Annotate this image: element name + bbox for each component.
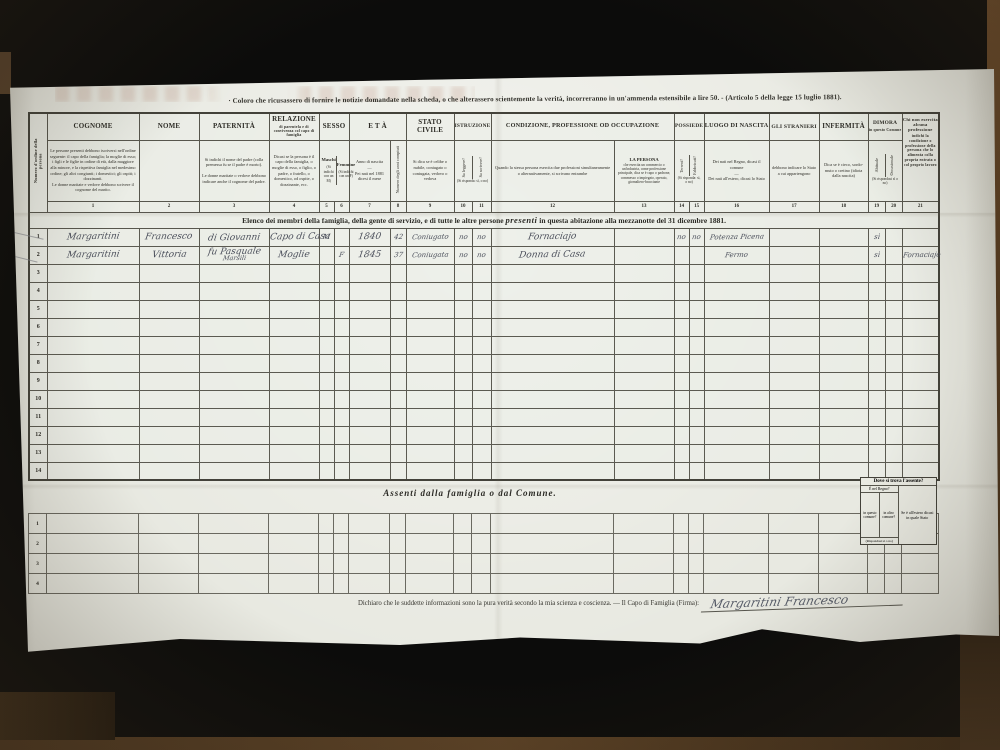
cell-paternita — [199, 408, 269, 426]
cell-terreni — [674, 372, 689, 390]
cell-sesso-f — [334, 300, 349, 318]
cell-dimora-abituale — [868, 318, 885, 336]
cell-sa-leggere — [454, 264, 472, 282]
cell-infermita — [819, 246, 868, 264]
cell-stato-civile — [406, 300, 454, 318]
cell-infermita — [819, 390, 868, 408]
cell-professione — [491, 426, 614, 444]
cell-relazione — [269, 408, 319, 426]
cell-stranieri — [769, 390, 819, 408]
desc-infermita: Dica se è cieco, sordo-muto o cretino (i… — [819, 140, 868, 201]
cell-stato-civile: Coniugata — [406, 246, 454, 264]
desc-condizione-12: Quando la stessa persona esercita due pr… — [491, 140, 614, 201]
cell-anni-compiuti — [390, 264, 406, 282]
cell-anni-compiuti — [390, 282, 406, 300]
cell-relazione — [269, 264, 319, 282]
cell-anno-nascita — [349, 426, 390, 444]
cell-luogo-nascita — [704, 372, 769, 390]
cell-chi-alimenta — [902, 390, 939, 408]
cell-professione — [491, 462, 614, 480]
cell-sa-scrivere — [472, 372, 491, 390]
cell-dimora-abituale — [868, 354, 885, 372]
cell-paternita — [199, 390, 269, 408]
dove-altro-comune-label: in altro comune? — [879, 493, 898, 537]
cell-sa-scrivere — [472, 390, 491, 408]
cell-anni-compiuti — [390, 336, 406, 354]
cell-relazione — [269, 336, 319, 354]
cell-terreni — [674, 408, 689, 426]
cell-paternita — [199, 354, 269, 372]
cell-fabbricati — [689, 390, 704, 408]
cell-la-persona — [614, 282, 674, 300]
cell-luogo-nascita — [704, 462, 769, 480]
cell-luogo-nascita — [704, 282, 769, 300]
cell-luogo-nascita — [704, 408, 769, 426]
cell-numero: 10 — [29, 390, 47, 408]
col-header-chi-non-esercita: Chi non esercita alcuna professione indi… — [902, 113, 939, 201]
cell-dimora-abituale — [868, 408, 885, 426]
cell-la-persona — [614, 228, 674, 246]
col-header-infermita: INFERMITÀ — [819, 113, 868, 140]
declaration-text: Dichiaro che le suddette informazioni so… — [358, 600, 699, 607]
cell-sa-scrivere — [472, 408, 491, 426]
colnum-11: 11 — [472, 201, 491, 212]
desc-luogo-nascita: Dei nati nel Regno, dicasi il comune — D… — [704, 140, 769, 201]
colnum-2: 2 — [139, 201, 199, 212]
cell-sesso-m — [319, 282, 334, 300]
cell-sa-leggere — [454, 426, 472, 444]
cell-sesso-f — [334, 372, 349, 390]
cell-relazione — [269, 462, 319, 480]
dove-estero-label: Se è all'estero dicasi in quale Stato — [899, 486, 937, 544]
colnum-20: 20 — [885, 201, 902, 212]
cell-relazione — [269, 318, 319, 336]
cell-dimora-occasionale — [885, 228, 902, 246]
cell-infermita — [819, 300, 868, 318]
cell-nome — [139, 264, 199, 282]
desc-eta-anni: Numero degli anni compiuti — [390, 140, 406, 201]
cell-sesso-m — [319, 462, 334, 480]
cell-infermita — [819, 426, 868, 444]
cell-anno-nascita — [349, 264, 390, 282]
cell-anni-compiuti: 37 — [390, 246, 406, 264]
cell-sa-scrivere — [472, 336, 491, 354]
colnum-3: 3 — [199, 201, 269, 212]
cell-sesso-m — [319, 318, 334, 336]
cell-luogo-nascita — [704, 426, 769, 444]
list-subtitle: Elenco dei membri della famiglia, della … — [29, 212, 939, 228]
cell-la-persona — [614, 336, 674, 354]
colnum-9: 9 — [406, 201, 454, 212]
col-header-stranieri: GLI STRANIERI — [769, 113, 819, 140]
desc-possiede: Terreni? Fabbricati? (Si risponda: sì, o… — [674, 140, 704, 201]
cell-stranieri — [769, 282, 819, 300]
header-titles-row: Numero d'ordine della persona COGNOME NO… — [29, 113, 939, 140]
cell-stranieri — [769, 462, 819, 480]
desc-istruzione: Sa leggere? Sa scrivere? (Si risponda: s… — [454, 140, 491, 201]
cell-stato-civile — [406, 426, 454, 444]
assenti-cell-numero: 2 — [29, 534, 47, 554]
cell-dimora-abituale — [868, 336, 885, 354]
cell-sa-leggere — [454, 354, 472, 372]
cell-professione — [491, 300, 614, 318]
cell-anno-nascita: 1840 — [349, 228, 390, 246]
cell-sa-scrivere — [472, 264, 491, 282]
cell-dimora-occasionale — [885, 300, 902, 318]
cell-cognome — [47, 462, 139, 480]
cell-sesso-f — [334, 264, 349, 282]
col-header-sesso: SESSO — [319, 113, 349, 140]
cell-numero: 9 — [29, 372, 47, 390]
cell-numero: 5 — [29, 300, 47, 318]
cell-infermita — [819, 282, 868, 300]
assenti-row: 4 — [29, 574, 939, 594]
cell-cognome — [47, 300, 139, 318]
col-header-paternita: PATERNITÀ — [199, 113, 269, 140]
cell-numero: 12 — [29, 426, 47, 444]
wood-corner-bottom-left — [0, 692, 115, 740]
cell-professione — [491, 282, 614, 300]
cell-dimora-abituale — [868, 426, 885, 444]
cell-relazione — [269, 426, 319, 444]
cell-terreni — [674, 462, 689, 480]
cell-numero: 14 — [29, 462, 47, 480]
table-row: 9 — [29, 372, 939, 390]
cell-sa-leggere: no — [454, 228, 472, 246]
cell-anni-compiuti — [390, 318, 406, 336]
colnum-13: 13 — [614, 201, 674, 212]
col-header-istruzione: ISTRUZIONE — [454, 113, 491, 140]
cell-stato-civile — [406, 336, 454, 354]
dove-si-trova-box: Dove si trova l'assente? È nel Regno? in… — [860, 477, 937, 545]
cell-fabbricati — [689, 444, 704, 462]
cell-stranieri — [769, 246, 819, 264]
cell-terreni — [674, 318, 689, 336]
cell-dimora-occasionale — [885, 318, 902, 336]
assenti-row: 3 — [29, 554, 939, 574]
cell-anni-compiuti — [390, 372, 406, 390]
colnum-1: 1 — [47, 201, 139, 212]
table-row: 12 — [29, 426, 939, 444]
cell-anno-nascita — [349, 354, 390, 372]
colnum-17: 17 — [769, 201, 819, 212]
cell-terreni: no — [674, 228, 689, 246]
cell-chi-alimenta: Fornaciajo — [902, 246, 939, 264]
cell-dimora-abituale — [868, 444, 885, 462]
cell-luogo-nascita — [704, 444, 769, 462]
cell-terreni — [674, 282, 689, 300]
col-header-possiede: POSSIEDE — [674, 113, 704, 140]
cell-numero: 8 — [29, 354, 47, 372]
col-header-luogo-nascita: LUOGO DI NASCITA — [704, 113, 769, 140]
cell-chi-alimenta — [902, 264, 939, 282]
cell-terreni — [674, 336, 689, 354]
cell-stranieri — [769, 264, 819, 282]
cell-relazione: Moglie — [269, 246, 319, 264]
desc-cognome: Le persone presenti debbono iscriversi n… — [47, 140, 139, 201]
cell-numero: 7 — [29, 336, 47, 354]
cell-terreni — [674, 390, 689, 408]
wood-table-edge-bottom — [0, 737, 1000, 750]
cell-paternita — [199, 444, 269, 462]
cell-sa-leggere — [454, 390, 472, 408]
cell-sesso-f — [334, 462, 349, 480]
cell-cognome — [47, 354, 139, 372]
desc-relazione: Dicasi se la persona è il capo della fam… — [269, 140, 319, 201]
cell-chi-alimenta — [902, 372, 939, 390]
cell-stato-civile — [406, 462, 454, 480]
cell-anni-compiuti — [390, 426, 406, 444]
desc-dimora: Abituale Occasionale (Si rispondasi sì o… — [868, 140, 902, 201]
colnum-14: 14 — [674, 201, 689, 212]
header-numbers-row: 1 2 3 4 5 6 7 8 9 10 11 12 13 14 15 16 1… — [29, 201, 939, 212]
cell-la-persona — [614, 462, 674, 480]
cell-sa-leggere — [454, 300, 472, 318]
cell-numero: 13 — [29, 444, 47, 462]
cell-infermita — [819, 372, 868, 390]
cell-stranieri — [769, 300, 819, 318]
cell-nome — [139, 408, 199, 426]
cell-nome — [139, 354, 199, 372]
declaration-line: Dichiaro che le suddette informazioni so… — [358, 597, 958, 609]
cell-nome — [139, 282, 199, 300]
cell-paternita — [199, 300, 269, 318]
cell-cognome — [47, 408, 139, 426]
cell-fabbricati — [689, 354, 704, 372]
cell-stranieri — [769, 372, 819, 390]
cell-paternita — [199, 336, 269, 354]
cell-stato-civile — [406, 390, 454, 408]
cell-anno-nascita — [349, 336, 390, 354]
cell-cognome: Margaritini — [47, 228, 139, 246]
table-row: 5 — [29, 300, 939, 318]
cell-infermita — [819, 408, 868, 426]
dove-box-title: Dove si trova l'assente? — [861, 478, 936, 486]
cell-anni-compiuti — [390, 390, 406, 408]
cell-sesso-m — [319, 300, 334, 318]
cell-sa-scrivere — [472, 444, 491, 462]
cell-sa-leggere — [454, 462, 472, 480]
cell-paternita — [199, 282, 269, 300]
cell-nome — [139, 426, 199, 444]
table-row: 4 — [29, 282, 939, 300]
cell-paternita — [199, 462, 269, 480]
list-subtitle-row: Elenco dei membri della famiglia, della … — [29, 212, 939, 228]
cell-sesso-m — [319, 336, 334, 354]
cell-professione — [491, 318, 614, 336]
cell-sesso-m — [319, 264, 334, 282]
cell-dimora-occasionale — [885, 246, 902, 264]
cell-terreni — [674, 264, 689, 282]
table-row: 11 — [29, 408, 939, 426]
cell-luogo-nascita: Potenza Picena — [704, 228, 769, 246]
table-row: 1 Margaritini Francesco di Giovanni Capo… — [29, 228, 939, 246]
cell-nome — [139, 300, 199, 318]
cell-stato-civile — [406, 264, 454, 282]
cell-sesso-f — [334, 444, 349, 462]
cell-la-persona — [614, 372, 674, 390]
cell-la-persona — [614, 246, 674, 264]
cell-stranieri — [769, 228, 819, 246]
desc-nome — [139, 140, 199, 201]
cell-dimora-abituale — [868, 390, 885, 408]
assenti-cell-numero: 4 — [29, 574, 47, 594]
cell-terreni — [674, 426, 689, 444]
cell-sesso-f: F — [334, 246, 349, 264]
cell-dimora-abituale: sì — [868, 228, 885, 246]
cell-numero: 4 — [29, 282, 47, 300]
cell-stranieri — [769, 426, 819, 444]
cell-sesso-f — [334, 390, 349, 408]
cell-nome — [139, 318, 199, 336]
cell-nome — [139, 372, 199, 390]
cell-chi-alimenta — [902, 282, 939, 300]
cell-dimora-occasionale — [885, 264, 902, 282]
cell-stranieri — [769, 336, 819, 354]
cell-chi-alimenta — [902, 354, 939, 372]
cell-fabbricati — [689, 246, 704, 264]
cell-stranieri — [769, 408, 819, 426]
desc-paternita: Si indichi il nome del padre (colla prem… — [199, 140, 269, 201]
cell-la-persona — [614, 408, 674, 426]
cell-cognome — [47, 426, 139, 444]
colnum-7: 7 — [349, 201, 390, 212]
assenti-row: 1 — [29, 514, 939, 534]
cell-fabbricati — [689, 336, 704, 354]
cell-la-persona — [614, 390, 674, 408]
cell-stranieri — [769, 354, 819, 372]
cell-numero: 6 — [29, 318, 47, 336]
table-row: 2 Margaritini Vittoria fu PasqualeMarsil… — [29, 246, 939, 264]
cell-chi-alimenta — [902, 318, 939, 336]
cell-stranieri — [769, 444, 819, 462]
cell-sa-leggere — [454, 282, 472, 300]
table-row: 6 — [29, 318, 939, 336]
cell-dimora-occasionale — [885, 444, 902, 462]
cell-relazione — [269, 300, 319, 318]
cell-luogo-nascita — [704, 300, 769, 318]
cell-sesso-f — [334, 282, 349, 300]
col-header-cognome: COGNOME — [47, 113, 139, 140]
assenti-cell-numero: 1 — [29, 514, 47, 534]
cell-relazione — [269, 372, 319, 390]
cell-nome: Francesco — [139, 228, 199, 246]
colnum-16: 16 — [704, 201, 769, 212]
cell-professione — [491, 264, 614, 282]
cell-fabbricati — [689, 408, 704, 426]
cell-paternita: di Giovanni — [199, 228, 269, 246]
cell-chi-alimenta — [902, 336, 939, 354]
cell-stato-civile — [406, 372, 454, 390]
cell-cognome — [47, 444, 139, 462]
colnum-6: 6 — [334, 201, 349, 212]
cell-sa-leggere — [454, 408, 472, 426]
cell-terreni — [674, 354, 689, 372]
cell-dimora-abituale — [868, 282, 885, 300]
desc-stato-civile: Si dica se è celibe o nubile, coniugato … — [406, 140, 454, 201]
col-header-condizione: CONDIZIONE, PROFESSIONE OD OCCUPAZIONE — [491, 113, 674, 140]
cell-professione — [491, 354, 614, 372]
cell-sa-scrivere — [472, 300, 491, 318]
cell-sesso-m — [319, 354, 334, 372]
desc-stranieri: debbono indicare lo Stato a cui apparten… — [769, 140, 819, 201]
col-header-stato-civile: STATO CIVILE — [406, 113, 454, 140]
col-header-eta: E T À — [349, 113, 406, 140]
cell-paternita — [199, 264, 269, 282]
cell-infermita — [819, 228, 868, 246]
cell-sesso-m — [319, 408, 334, 426]
cell-luogo-nascita — [704, 390, 769, 408]
cell-dimora-occasionale — [885, 282, 902, 300]
cell-professione: Donna di Casa — [491, 246, 614, 264]
colnum-19: 19 — [868, 201, 885, 212]
cell-stranieri — [769, 318, 819, 336]
cell-dimora-occasionale — [885, 390, 902, 408]
wood-sliver-top-left — [0, 52, 11, 94]
cell-professione — [491, 336, 614, 354]
table-row: 3 — [29, 264, 939, 282]
cell-luogo-nascita: Fermo — [704, 246, 769, 264]
cell-professione — [491, 408, 614, 426]
cell-fabbricati — [689, 318, 704, 336]
table-row: 13 — [29, 444, 939, 462]
cell-sesso-f — [334, 408, 349, 426]
cell-cognome — [47, 282, 139, 300]
cell-dimora-abituale — [868, 264, 885, 282]
cell-sesso-f — [334, 336, 349, 354]
cell-cognome — [47, 264, 139, 282]
cell-sa-scrivere — [472, 462, 491, 480]
cell-stato-civile — [406, 408, 454, 426]
dove-questo-comune-label: in questo comune? — [861, 493, 879, 537]
assenti-section-title: Assenti dalla famiglia o dal Comune. — [0, 488, 940, 498]
cell-sa-leggere: no — [454, 246, 472, 264]
cell-relazione — [269, 444, 319, 462]
cell-infermita — [819, 354, 868, 372]
cell-sa-leggere — [454, 444, 472, 462]
numero-rotated-label: Numero d'ordine della persona — [34, 133, 43, 189]
cell-luogo-nascita — [704, 354, 769, 372]
cell-luogo-nascita — [704, 318, 769, 336]
cell-sa-leggere — [454, 372, 472, 390]
assenti-row: 2 — [29, 534, 939, 554]
header-descriptions-row: Le persone presenti debbono iscriversi n… — [29, 140, 939, 201]
cell-dimora-occasionale — [885, 354, 902, 372]
cell-fabbricati — [689, 426, 704, 444]
cell-anni-compiuti — [390, 408, 406, 426]
cell-infermita — [819, 336, 868, 354]
cell-fabbricati: no — [689, 228, 704, 246]
cell-fabbricati — [689, 372, 704, 390]
desc-sesso: Maschi(Si indichi con un M) Femmine(Si i… — [319, 140, 349, 201]
cell-chi-alimenta — [902, 300, 939, 318]
cell-paternita: fu PasqualeMarsili — [199, 246, 269, 264]
cell-la-persona — [614, 444, 674, 462]
cell-chi-alimenta — [902, 426, 939, 444]
census-form-sheet: · Coloro che ricusassero di fornire le n… — [0, 0, 1000, 750]
cell-anno-nascita — [349, 300, 390, 318]
cell-paternita — [199, 318, 269, 336]
cell-relazione — [269, 390, 319, 408]
colnum-21: 21 — [902, 201, 939, 212]
cell-relazione: Capo di Casa — [269, 228, 319, 246]
cell-cognome — [47, 336, 139, 354]
cell-cognome — [47, 318, 139, 336]
cell-cognome — [47, 390, 139, 408]
penalty-warning-line: · Coloro che ricusassero di fornire le n… — [120, 92, 950, 105]
cell-sa-scrivere: no — [472, 228, 491, 246]
cell-paternita — [199, 372, 269, 390]
